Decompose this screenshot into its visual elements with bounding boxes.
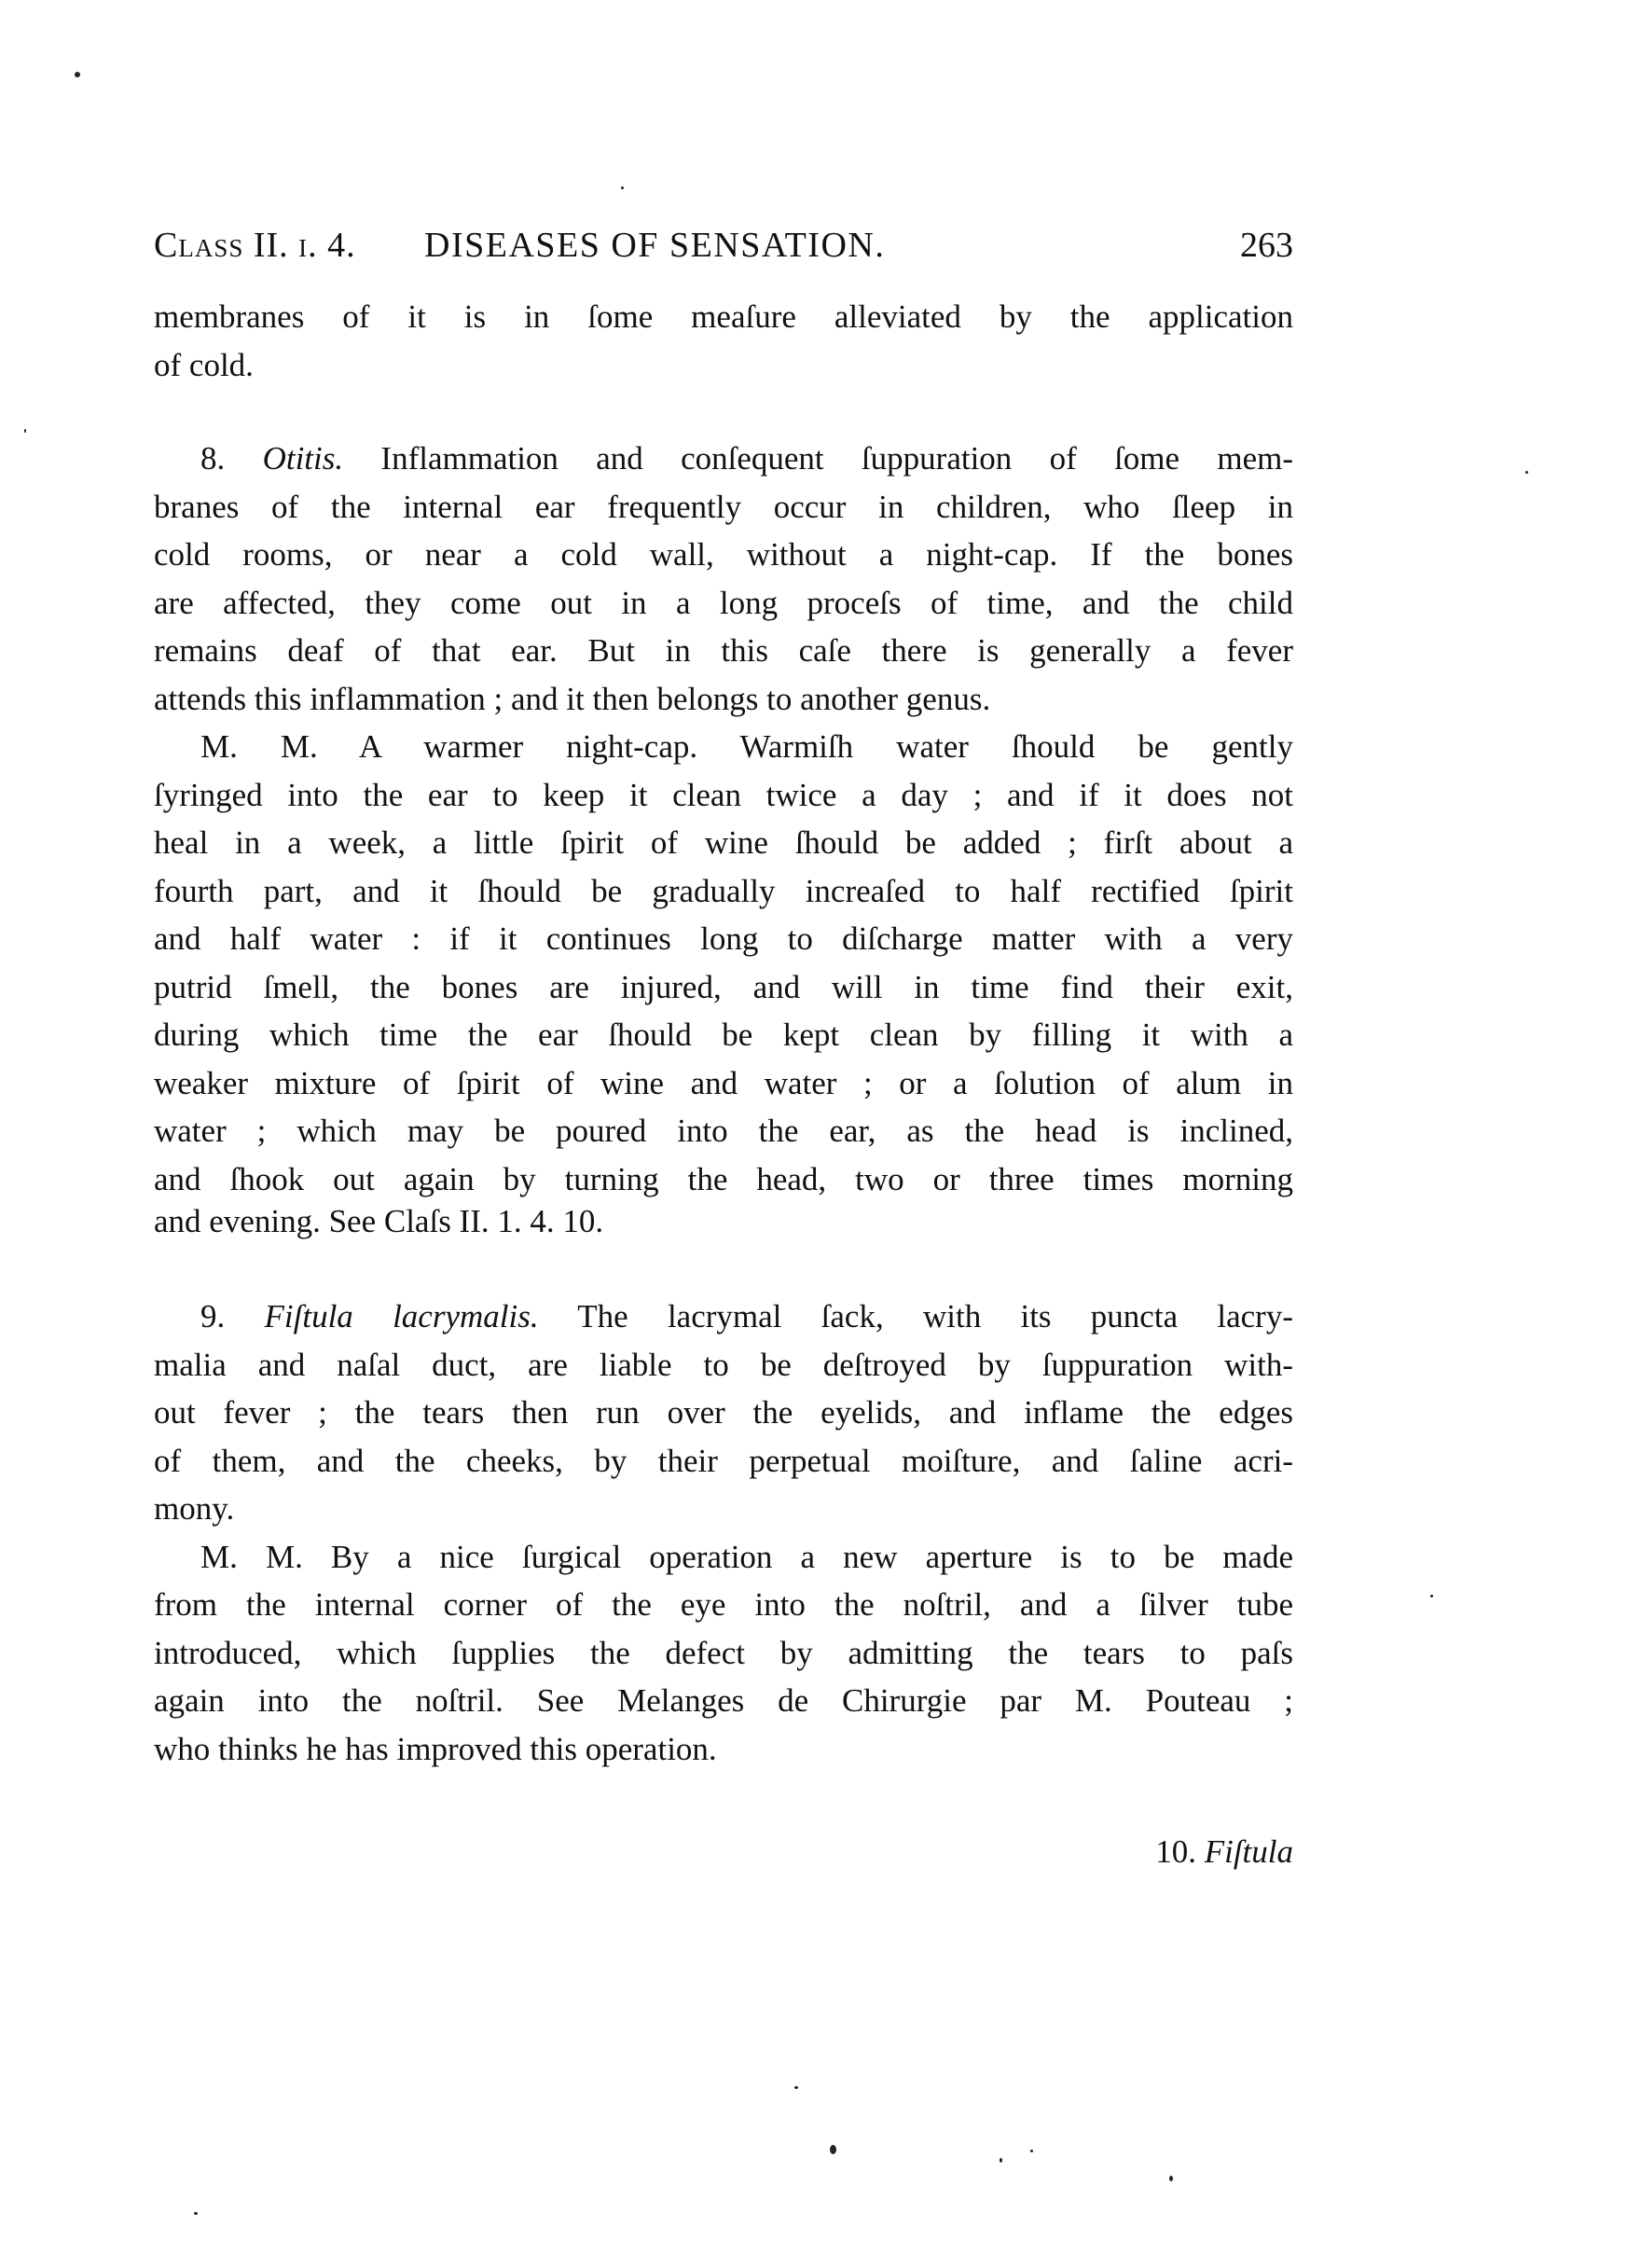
text-line: membranes of it is in ſome meaſure allev… [154, 295, 1293, 339]
text-line: putrid ſmell, the bones are injured, and… [154, 965, 1293, 1010]
text-line: branes of the internal ear frequently oc… [154, 485, 1293, 530]
text-line: attends this inflammation ; and it then … [154, 677, 1293, 722]
text-line: water ; which may be poured into the ear… [154, 1109, 1293, 1154]
text-line: ſyringed into the ear to keep it clean t… [154, 773, 1293, 818]
text-line: weaker mixture of ſpirit of wine and wat… [154, 1061, 1293, 1106]
section-number: 8. [200, 440, 225, 477]
scan-speck [830, 2145, 836, 2154]
medical-method-line: M. M. By a nice ſurgical operation a new… [200, 1535, 1293, 1580]
text-line: again into the noſtril. See Melanges de … [154, 1679, 1293, 1723]
medical-method-line: M. M. A warmer night-cap. Warmiſh water … [200, 725, 1293, 769]
scan-speck [194, 2212, 198, 2215]
text-line: and evening. See Claſs II. 1. 4. 10. [154, 1199, 1293, 1244]
section-number: 9. [200, 1298, 225, 1335]
text-line: and half water : if it continues long to… [154, 917, 1293, 961]
scan-speck [1030, 2150, 1033, 2152]
text-line: out fever ; the tears then run over the … [154, 1390, 1293, 1435]
catchword-text: Fiſtula [1205, 1833, 1293, 1870]
text-line: cold rooms, or near a cold wall, without… [154, 532, 1293, 577]
book-page: Class II. i. 4. DISEASES OF SENSATION. 2… [0, 0, 1641, 2268]
scan-speck [75, 72, 80, 77]
text-line: who thinks he has improved this operatio… [154, 1727, 1293, 1772]
chapter-title: DISEASES OF SENSATION. [424, 224, 885, 267]
text-line: of cold. [154, 343, 1293, 388]
text-span: The lacrymal ſack, with its puncta lacry… [577, 1298, 1293, 1335]
catchword: 10. Fiſtula [1119, 1830, 1293, 1874]
text-span: Inflammation and conſequent ſuppuration … [380, 440, 1293, 477]
text-line: are affected, they come out in a long pr… [154, 581, 1293, 626]
text-line: fourth part, and it ſhould be gradually … [154, 869, 1293, 914]
section-title: Fiſtula lacrymalis. [265, 1298, 539, 1335]
scan-speck [1000, 2158, 1002, 2163]
scan-speck [621, 187, 624, 189]
text-line: malia and naſal duct, are liable to be d… [154, 1343, 1293, 1388]
text-line: mony. [154, 1487, 1293, 1531]
section-8-heading-line: 8. Otitis. Inflammation and conſequent ſ… [200, 436, 1293, 481]
page-number: 263 [1240, 224, 1293, 267]
section-9-heading-line: 9. Fiſtula lacrymalis. The lacrymal ſack… [200, 1294, 1293, 1339]
text-line: from the internal corner of the eye into… [154, 1583, 1293, 1627]
class-reference: Class II. i. 4. [154, 224, 356, 267]
text-line: heal in a week, a little ſpirit of wine … [154, 821, 1293, 865]
text-line: remains deaf of that ear. But in this ca… [154, 629, 1293, 673]
catchword-number: 10. [1155, 1833, 1196, 1870]
text-line: and ſhook out again by turning the head,… [154, 1157, 1293, 1202]
scan-speck [24, 429, 26, 433]
running-head: Class II. i. 4. DISEASES OF SENSATION. 2… [154, 224, 1293, 267]
text-line: introduced, which ſupplies the defect by… [154, 1631, 1293, 1676]
scan-speck [1430, 1595, 1433, 1597]
scan-speck [1525, 471, 1528, 474]
scan-speck [794, 2086, 798, 2089]
text-line: of them, and the cheeks, by their perpet… [154, 1439, 1293, 1484]
text-line: during which time the ear ſhould be kept… [154, 1013, 1293, 1058]
section-title: Otitis. [263, 440, 344, 477]
scan-speck [1169, 2176, 1173, 2181]
